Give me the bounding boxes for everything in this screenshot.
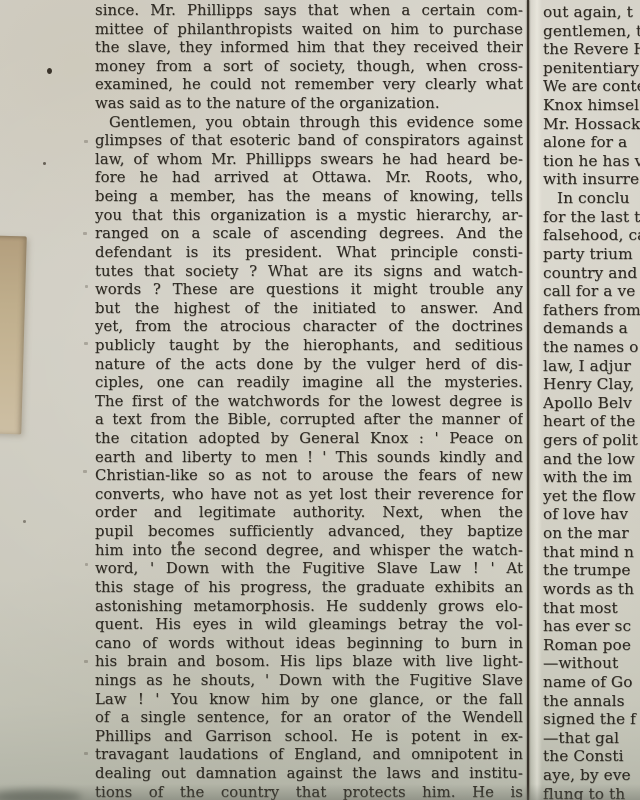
text-line: Roman poe <box>543 636 640 655</box>
text-line: you that this organization is a mystic h… <box>95 207 523 226</box>
text-line: the trumpe <box>543 561 640 580</box>
text-line: with the im <box>543 468 640 487</box>
gutter-crease <box>531 0 542 800</box>
text-line: out again, t <box>543 3 640 22</box>
text-line: gers of polit <box>543 431 640 450</box>
text-line: travagant laudations of England, and omn… <box>95 746 523 765</box>
text-line: Law ! ' You know him by one glance, or t… <box>95 691 523 710</box>
text-line: on the mar <box>543 524 640 543</box>
text-line: nings as he shouts, ' Down with the Fugi… <box>95 672 523 691</box>
text-line: yet, from the atrocious character of the… <box>95 318 523 337</box>
text-line: but the highest of the initiated to answ… <box>95 300 523 319</box>
text-line: pupil becomes sufficiently advanced, the… <box>95 523 523 542</box>
text-line: penitentiary <box>543 59 640 78</box>
text-line: Gentlemen, you obtain through this evide… <box>95 114 523 133</box>
text-line: country and <box>543 264 640 283</box>
show-through-mark <box>85 285 88 288</box>
text-line: party trium <box>543 245 640 264</box>
ink-speck <box>178 541 182 545</box>
right-column: out again, tgentlemen, ththe Revere Hpen… <box>543 3 640 800</box>
text-line: Phillips and Garrison school. He is pote… <box>95 728 523 747</box>
text-line: has ever sc <box>543 617 640 636</box>
text-line: ciples, one can readily imagine all the … <box>95 374 523 393</box>
show-through-mark <box>84 752 88 755</box>
text-line: fathers from <box>543 301 640 320</box>
text-line: cano of words without ideas beginning to… <box>95 635 523 654</box>
text-line: yet the flow <box>543 487 640 506</box>
text-line: publicly taught by the hierophants, and … <box>95 337 523 356</box>
text-line: this stage of his progress, the graduate… <box>95 579 523 598</box>
left-column: since. Mr. Phillipps says that when a ce… <box>95 2 523 800</box>
text-line: flung to th <box>543 785 640 800</box>
show-through-mark <box>84 342 88 345</box>
text-line: that most <box>543 599 640 618</box>
show-through-mark <box>83 470 87 473</box>
text-line: the slave, they informed him that they r… <box>95 39 523 58</box>
text-line: In conclu <box>543 189 640 208</box>
text-line: converts, who have not as yet lost their… <box>95 486 523 505</box>
text-line: astonishing metamorphosis. He suddenly g… <box>95 598 523 617</box>
ink-speck <box>43 162 46 165</box>
text-line: for the last t <box>543 208 640 227</box>
text-line: that mind n <box>543 543 640 562</box>
text-line: signed the f <box>543 710 640 729</box>
text-line: being a member, has the means of knowing… <box>95 188 523 207</box>
text-line: Christian-like so as not to arouse the f… <box>95 467 523 486</box>
text-line: money from a sort of society, though, wh… <box>95 58 523 77</box>
text-line: name of Go <box>543 673 640 692</box>
text-line: demands a <box>543 319 640 338</box>
text-line: examined, he could not remember very cle… <box>95 76 523 95</box>
text-line: defendant is its president. What princip… <box>95 244 523 263</box>
text-line: the names o <box>543 338 640 357</box>
text-line: law, of whom Mr. Phillipps swears he had… <box>95 151 523 170</box>
text-line: glimpses of that esoteric band of conspi… <box>95 132 523 151</box>
text-line: earth and liberty to men ! ' This sounds… <box>95 449 523 468</box>
show-through-mark <box>83 232 87 235</box>
text-line: the annals <box>543 692 640 711</box>
text-line: falsehood, ca <box>543 226 640 245</box>
text-line: tutes that society ? What are its signs … <box>95 263 523 282</box>
text-line: order and legitimate authority. Next, wh… <box>95 504 523 523</box>
text-line: quent. His eyes in wild gleamings betray… <box>95 616 523 635</box>
text-line: law, I adjur <box>543 357 640 376</box>
column-divider-rule <box>527 0 529 800</box>
text-line: since. Mr. Phillipps says that when a ce… <box>95 2 523 21</box>
text-line: the Consti <box>543 747 640 766</box>
text-line: word, ' Down with the Fugitive Slave Law… <box>95 560 523 579</box>
text-line: fore he had arrived at Ottawa. Mr. Roots… <box>95 169 523 188</box>
text-line: words as th <box>543 580 640 599</box>
text-line: —that gal <box>543 729 640 748</box>
text-line: tions of the country that protects him. … <box>95 784 523 800</box>
text-line: a text from the Bible, corrupted after t… <box>95 411 523 430</box>
bottom-corner-shadow <box>0 790 82 800</box>
text-line: Knox himsel <box>543 96 640 115</box>
text-line: ranged on a scale of ascending degrees. … <box>95 225 523 244</box>
show-through-mark <box>84 140 88 143</box>
text-line: the citation adopted by General Knox : '… <box>95 430 523 449</box>
text-line: Henry Clay, <box>543 375 640 394</box>
text-line: gentlemen, th <box>543 22 640 41</box>
text-line: Mr. Hossack <box>543 115 640 134</box>
text-line: aye, by eve <box>543 766 640 785</box>
text-line: was said as to the nature of the organiz… <box>95 95 523 114</box>
ink-speck <box>47 68 52 74</box>
text-line: of love hav <box>543 505 640 524</box>
text-line: mittee of philanthropists waited on him … <box>95 21 523 40</box>
text-line: of a single sentence, for an orator of t… <box>95 709 523 728</box>
text-line: words ? These are questions it might tro… <box>95 281 523 300</box>
show-through-mark <box>84 660 88 663</box>
text-line: dealing out damnation against the laws a… <box>95 765 523 784</box>
text-line: tion he has v <box>543 152 640 171</box>
text-line: him into the second degree, and whisper … <box>95 542 523 561</box>
text-line: The first of the watchwords for the lowe… <box>95 393 523 412</box>
newspaper-page: since. Mr. Phillipps says that when a ce… <box>0 0 640 800</box>
text-line: heart of the <box>543 412 640 431</box>
paper-tear-patch <box>0 236 27 435</box>
text-line: the Revere H <box>543 40 640 59</box>
text-line: his brain and bosom. His lips blaze with… <box>95 653 523 672</box>
text-line: Apollo Belv <box>543 394 640 413</box>
ink-speck <box>23 520 26 523</box>
show-through-mark <box>85 563 88 566</box>
text-line: nature of the acts done by the vulger he… <box>95 356 523 375</box>
text-line: with insurre <box>543 170 640 189</box>
text-line: call for a ve <box>543 282 640 301</box>
text-line: We are conte <box>543 77 640 96</box>
text-line: alone for a <box>543 133 640 152</box>
text-line: —without <box>543 654 640 673</box>
text-line: and the low <box>543 450 640 469</box>
